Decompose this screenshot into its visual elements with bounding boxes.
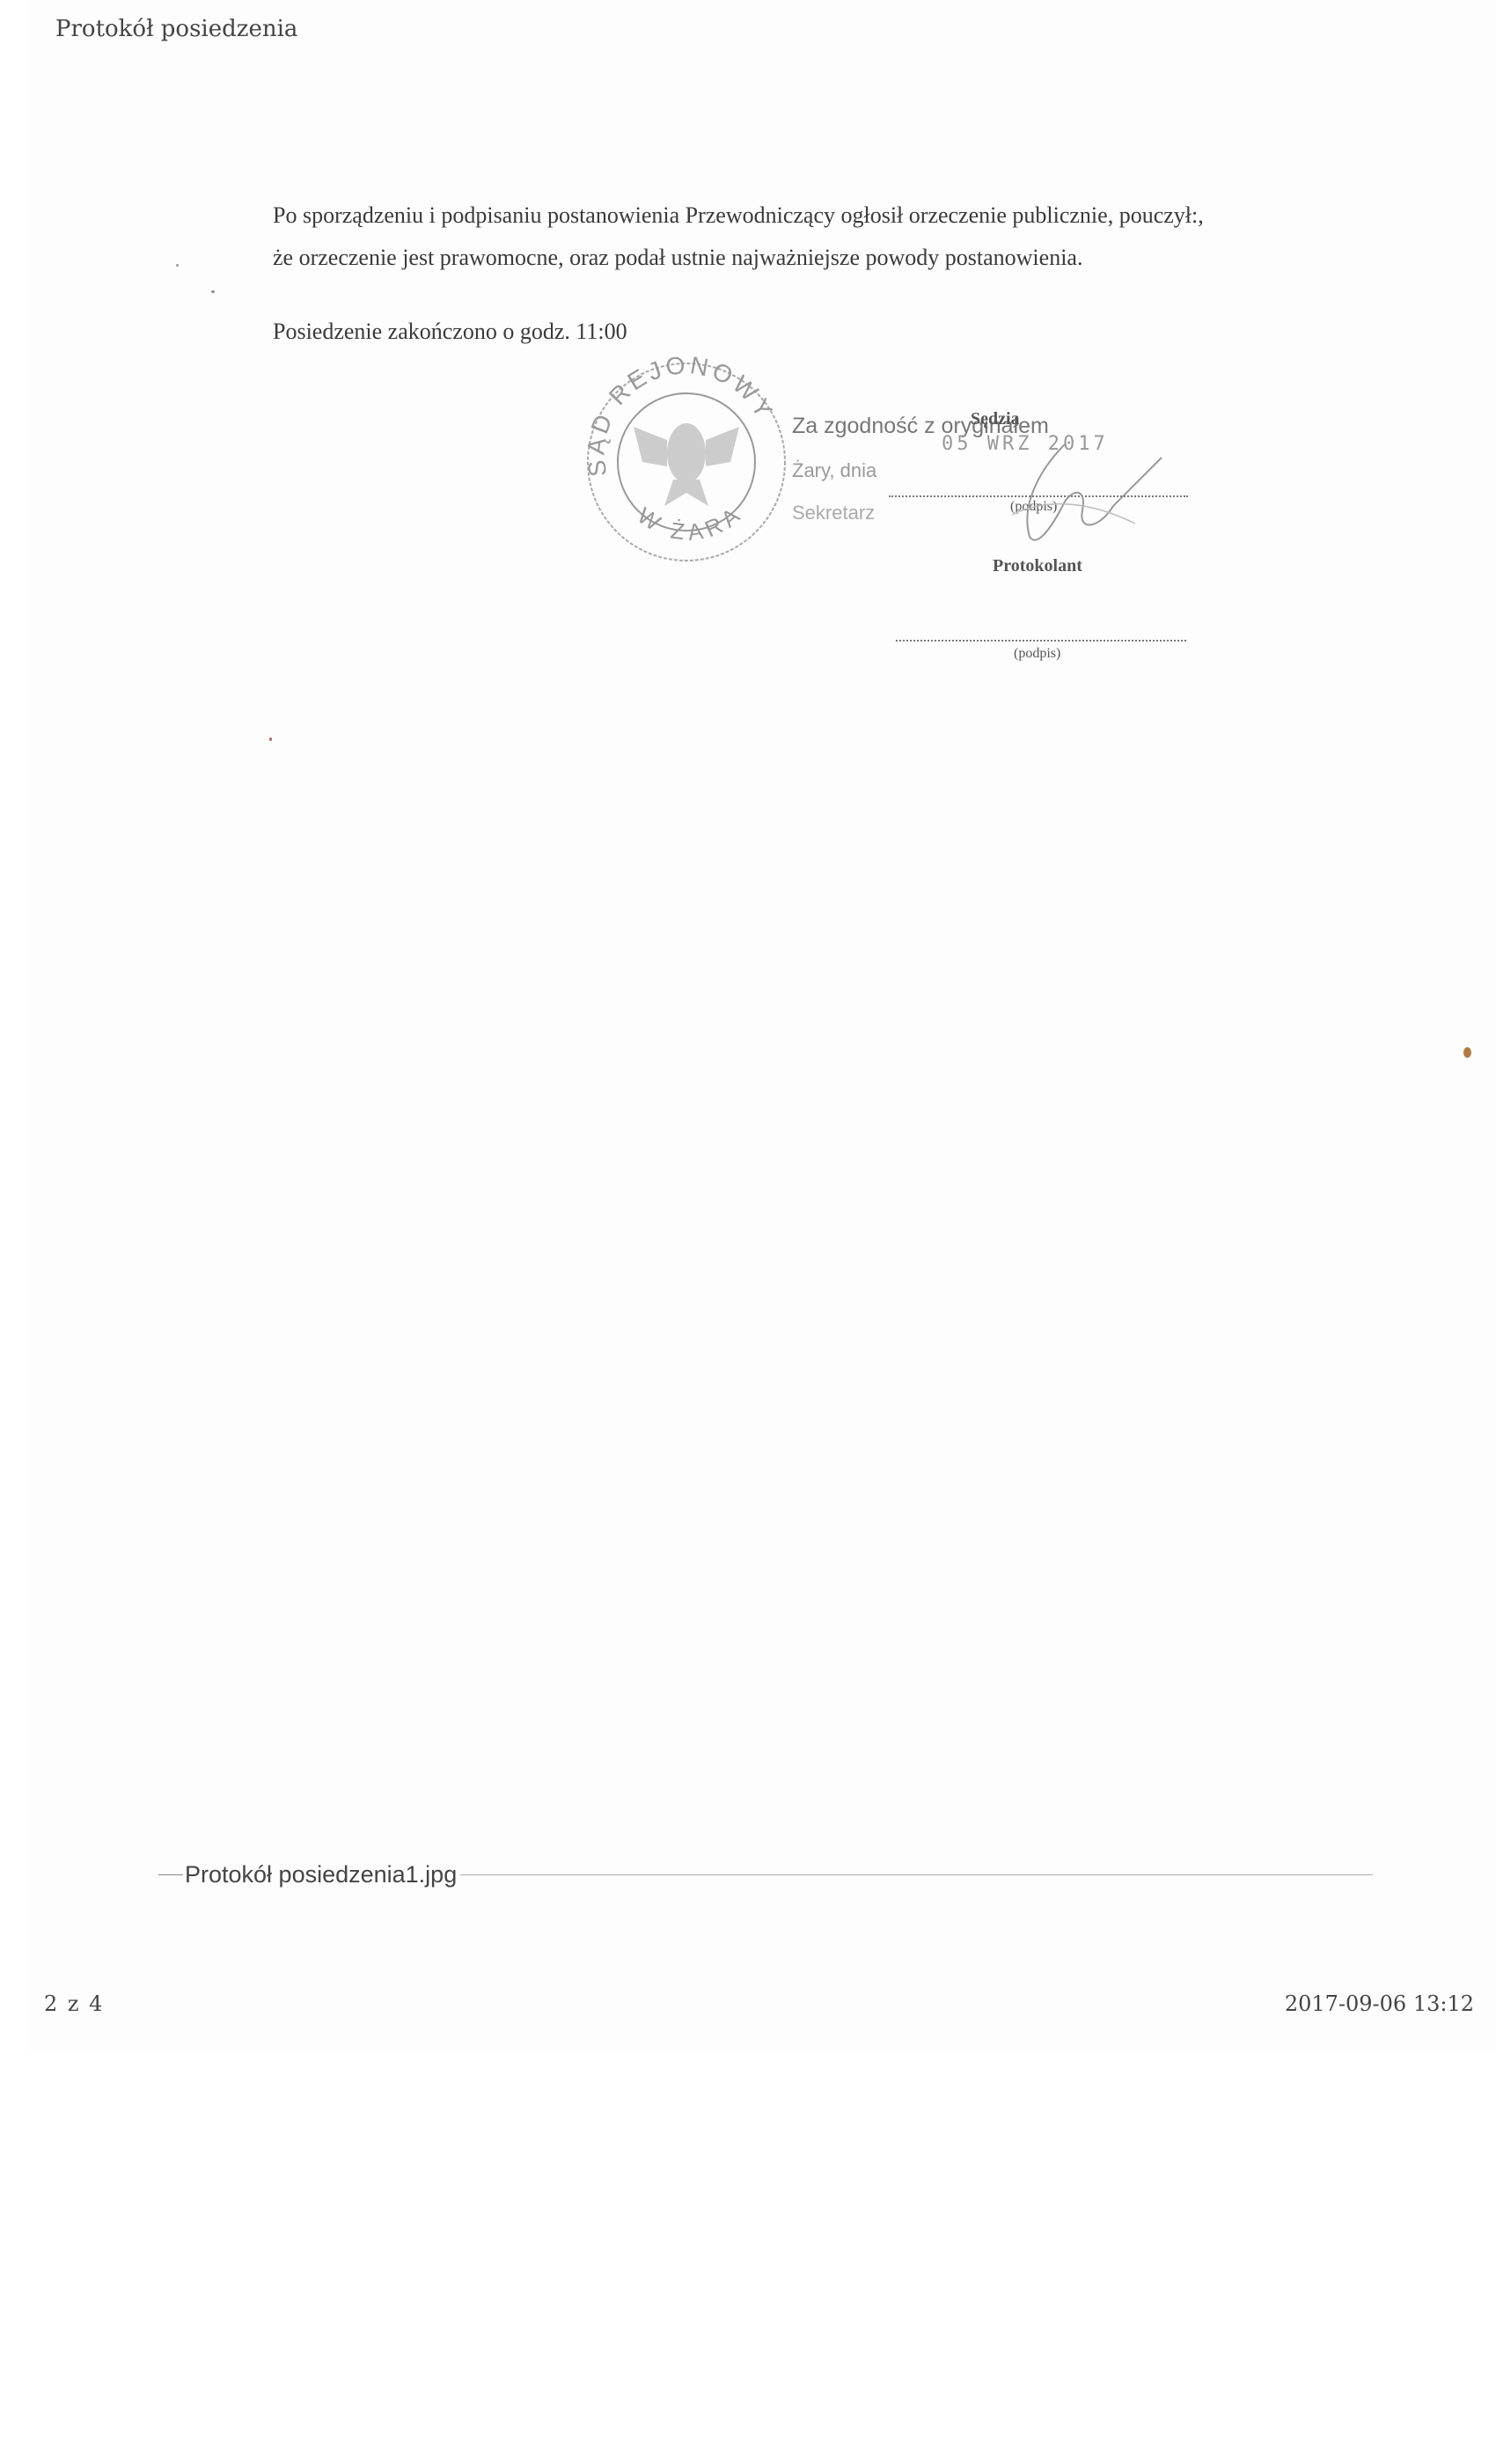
handwritten-signature-icon [933,436,1197,550]
scan-speck [269,737,272,741]
judge-label: Sędzia [971,409,1020,429]
paragraph-announcement-cont: że orzeczenie jest prawomocne, oraz poda… [273,245,1082,271]
document-header-title: Protokół posiedzenia [55,16,297,42]
print-timestamp: 2017-09-06 13:12 [1285,1991,1474,2016]
document-page [26,0,1496,2050]
caption-trailing-rule [460,1874,1373,1875]
certification-secretary: Sekretarz [792,502,875,524]
clerk-signature-line [896,640,1186,642]
clerk-signature-caption: (podpis) [1014,646,1060,662]
scan-speck [1463,1047,1471,1058]
page-number: 2 z 4 [44,1991,104,2016]
scan-speck [176,264,179,267]
attachment-caption: Protokół posiedzenia1.jpg [158,1861,1373,1888]
clerk-label: Protokolant [993,556,1082,576]
certification-place: Żary, dnia [792,459,876,482]
paragraph-session-end: Posiedzenie zakończono o godz. 11:00 [273,319,627,345]
scan-speck [211,290,215,293]
caption-leading-rule [158,1874,183,1875]
court-seal-icon: SĄD REJONOWY W ŻARACH [581,356,792,568]
attachment-filename: Protokół posiedzenia1.jpg [185,1861,457,1888]
paragraph-announcement: Po sporządzeniu i podpisaniu postanowien… [273,202,1204,229]
